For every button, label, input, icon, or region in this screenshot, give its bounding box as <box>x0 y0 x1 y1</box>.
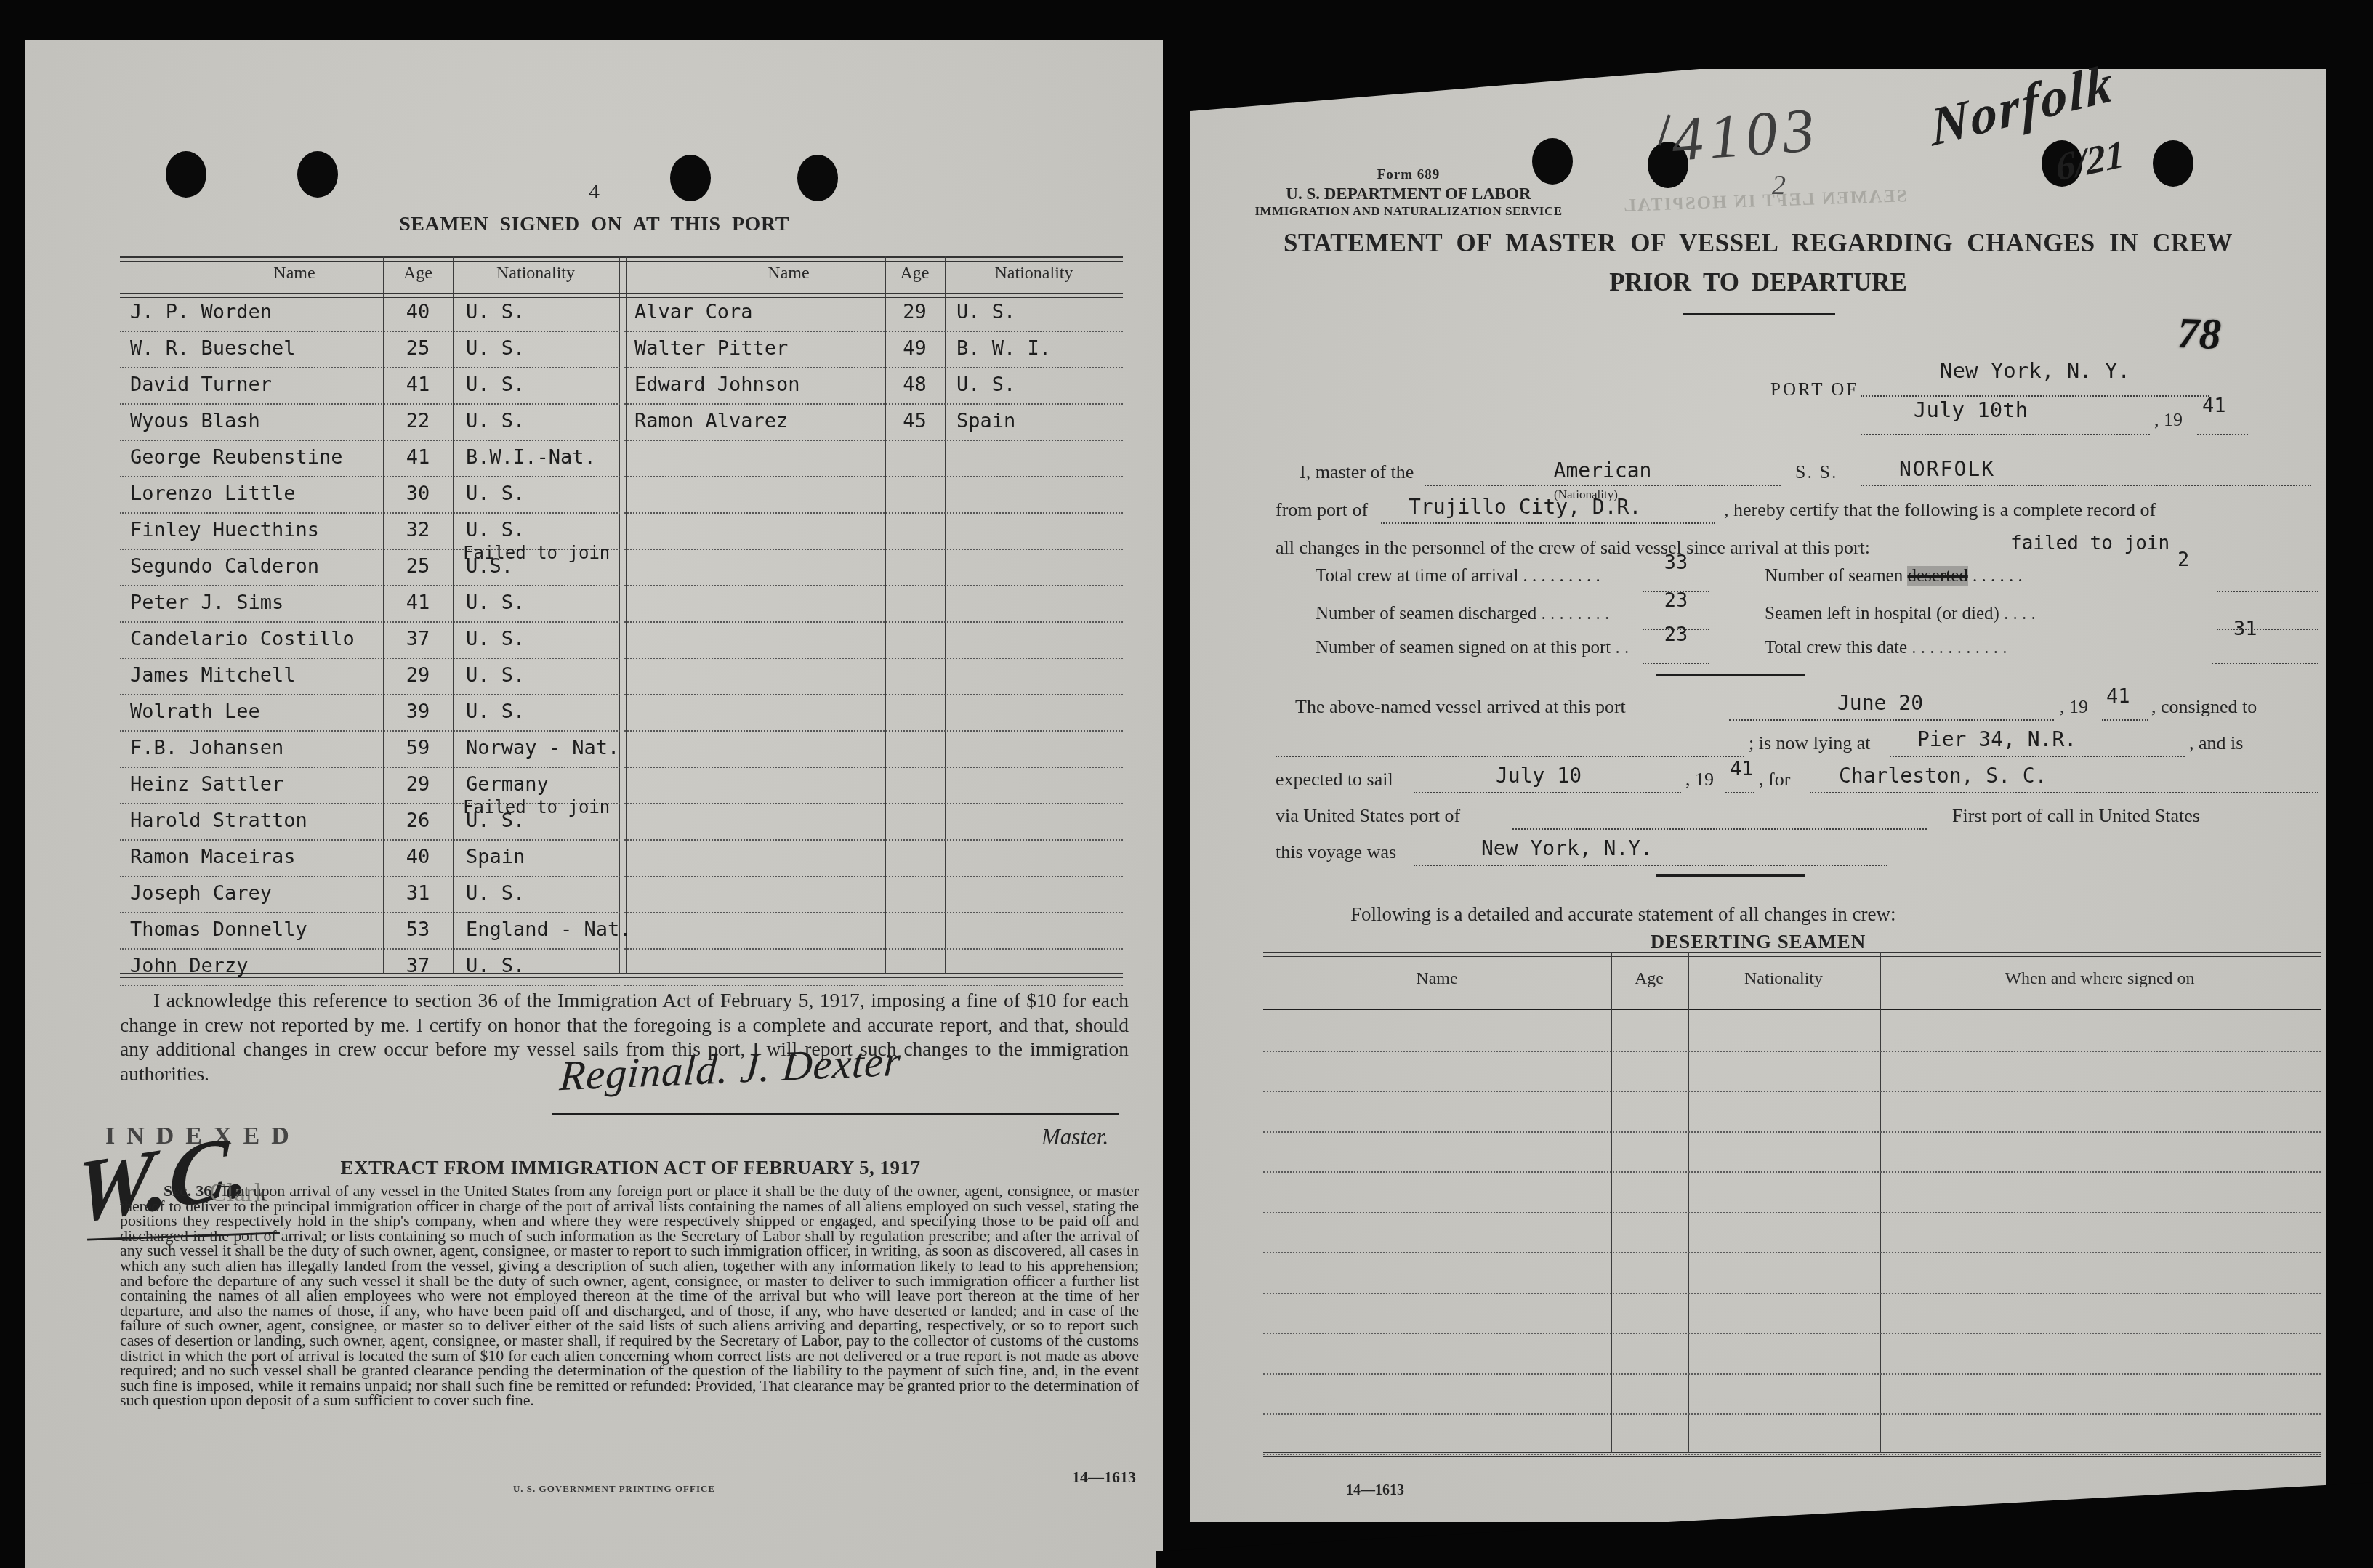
seaman-name: John Derzy <box>130 955 249 977</box>
seaman-nationality: England - Nat. <box>466 918 632 941</box>
seaman-row: Ramon Maceiras40Spain <box>120 841 620 877</box>
seaman-row: Walter Pitter49B. W. I. <box>624 332 1123 368</box>
handwritten-page-note: 78 <box>2177 308 2222 360</box>
pier-value: Pier 34, N.R. <box>1917 727 2076 751</box>
seaman-row: Wolrath Lee39U. S. <box>120 695 620 732</box>
deserting-seamen-table: Name Age Nationality When and where sign… <box>1263 952 2321 1458</box>
seaman-row: Segundo Calderon25U.S.Failed to join <box>120 550 620 586</box>
column-header-nationality: Nationality <box>1744 969 1823 989</box>
desert-empty-row <box>1263 1375 2321 1415</box>
blank-line <box>1414 791 1681 793</box>
blank-line <box>1890 754 2185 757</box>
lying-at-label: ; is now lying at <box>1749 732 1871 754</box>
column-header-age: Age <box>383 264 453 283</box>
seaman-row <box>624 877 1123 913</box>
stat-total-value: 31 <box>2233 618 2257 640</box>
title-underline <box>1683 313 1835 315</box>
stat-arrival-value: 33 <box>1640 551 1712 574</box>
seaman-row: Wyous Blash22U. S. <box>120 405 620 441</box>
blank-line <box>1643 661 1709 664</box>
seaman-age: 29 <box>383 664 453 687</box>
seaman-age: 48 <box>885 373 945 396</box>
blank-line <box>1276 754 1744 757</box>
seaman-nationality: U. S. <box>956 373 1015 396</box>
seaman-row <box>624 732 1123 768</box>
form-code: 14—1613 <box>1346 1482 1404 1499</box>
port-of-value: New York, N. Y. <box>1861 358 2209 383</box>
stat-hospital-label: Seamen left in hospital (or died) . . . … <box>1765 604 2036 624</box>
seaman-row <box>624 477 1123 514</box>
seaman-nationality: U. S. <box>466 664 525 687</box>
punch-hole-icon <box>2153 140 2193 187</box>
blank-line <box>1729 718 2054 721</box>
seaman-age: 41 <box>383 446 453 469</box>
signature-line <box>552 1113 1119 1115</box>
seaman-age: 25 <box>383 555 453 578</box>
arrival-year-prefix: , 19 <box>2060 696 2088 718</box>
seaman-row: Edward Johnson48U. S. <box>624 368 1123 405</box>
destination-value: Charleston, S. C. <box>1839 764 2047 788</box>
seaman-row: David Turner41U. S. <box>120 368 620 405</box>
blank-line <box>1512 827 1927 830</box>
voyage-label: this voyage was <box>1276 841 1396 863</box>
desert-empty-row <box>1263 1253 2321 1294</box>
arrival-line1-suffix: , consigned to <box>2151 696 2257 718</box>
failed-to-join-overlay: failed to join <box>2010 533 2169 554</box>
seaman-name: Finley Huecthins <box>130 519 319 541</box>
seaman-nationality: U. S. <box>956 301 1015 323</box>
seaman-nationality: B. W. I. <box>956 337 1051 360</box>
seaman-nationality: U. S. <box>466 882 525 905</box>
deserting-seamen-title: DESERTING SEAMEN <box>1190 931 2326 953</box>
seaman-row: Ramon Alvarez45Spain <box>624 405 1123 441</box>
blank-line <box>1425 483 1781 486</box>
blank-line <box>2217 589 2318 592</box>
sail-date-value: July 10 <box>1496 764 1582 788</box>
from-port-suffix: , hereby certify that the following is a… <box>1724 499 2156 521</box>
seaman-age: 37 <box>383 628 453 650</box>
seaman-nationality: U. S. <box>466 700 525 723</box>
seaman-age: 41 <box>383 373 453 396</box>
extract-paragraph: Sec. 36. That upon arrival of any vessel… <box>120 1184 1139 1408</box>
blank-line <box>1861 483 2311 486</box>
seaman-age: 29 <box>885 301 945 323</box>
handwritten-date: 6/21 <box>2055 131 2126 190</box>
seaman-note: Failed to join <box>463 797 610 817</box>
seamen-signed-on-table: Name Age Nationality Name Age Nationalit… <box>120 256 1123 977</box>
seaman-note: Failed to join <box>463 543 610 563</box>
seamen-left-rows: J. P. Worden40U. S.W. R. Bueschel25U. S.… <box>120 296 620 986</box>
via-port-label: via United States port of <box>1276 805 1460 827</box>
blank-line <box>2212 661 2318 664</box>
seaman-age: 39 <box>383 700 453 723</box>
seaman-name: Heinz Sattler <box>130 773 283 796</box>
seaman-nationality: U. S. <box>466 955 525 977</box>
seaman-nationality: U. S. <box>466 337 525 360</box>
column-header-name: Name <box>694 264 883 283</box>
desert-empty-row <box>1263 1133 2321 1173</box>
seaman-nationality: U. S. <box>466 301 525 323</box>
seaman-age: 25 <box>383 337 453 360</box>
blank-line <box>1414 863 1887 866</box>
blank-line <box>2217 627 2318 630</box>
table-top-rule <box>1263 952 2321 957</box>
column-header-name: Name <box>207 264 382 283</box>
seaman-age: 59 <box>383 737 453 759</box>
seaman-name: F.B. Johansen <box>130 737 283 759</box>
blank-line <box>1810 791 2318 793</box>
desert-empty-row <box>1263 1294 2321 1335</box>
vessel-nationality: American <box>1425 458 1781 482</box>
seaman-name: Edward Johnson <box>634 373 800 396</box>
seaman-row <box>624 514 1123 550</box>
seaman-nationality: Norway - Nat. <box>466 737 619 759</box>
desert-empty-row <box>1263 1213 2321 1254</box>
seaman-nationality: U. S. <box>466 410 525 432</box>
sail-year-value: 41 <box>1730 758 1754 780</box>
column-header-signed-on: When and where signed on <box>2005 969 2194 989</box>
table-header-rule <box>1263 1009 2321 1010</box>
seaman-nationality: Spain <box>466 846 525 868</box>
following-statement: Following is a detailed and accurate sta… <box>1350 903 1895 926</box>
service-name: IMMIGRATION AND NATURALIZATION SERVICE <box>1234 204 1583 219</box>
seaman-nationality: U.S.Failed to join <box>466 555 513 578</box>
from-port-prefix: from port of <box>1276 499 1368 521</box>
seaman-row <box>624 913 1123 950</box>
seaman-row: J. P. Worden40U. S. <box>120 296 620 332</box>
desert-empty-row <box>1263 1092 2321 1133</box>
page-number: 4 <box>25 179 1163 204</box>
seaman-name: J. P. Worden <box>130 301 272 323</box>
seaman-nationality: U. S. <box>466 591 525 614</box>
seaman-nationality: B.W.I.-Nat. <box>466 446 596 469</box>
seaman-row: Alvar Cora29U. S. <box>624 296 1123 332</box>
desert-empty-row <box>1263 1052 2321 1093</box>
form-number: Form 689 <box>1234 167 1583 183</box>
seaman-row <box>624 441 1123 477</box>
seaman-age: 29 <box>383 773 453 796</box>
seaman-age: 53 <box>383 918 453 941</box>
stat-arrival-label: Total crew at time of arrival . . . . . … <box>1316 566 1600 586</box>
seaman-nationality: Spain <box>956 410 1015 432</box>
seaman-age: 30 <box>383 482 453 505</box>
scanned-document: 4 SEAMEN SIGNED ON AT THIS PORT Name Age… <box>0 0 2373 1568</box>
seaman-name: Wolrath Lee <box>130 700 260 723</box>
column-header-nationality: Nationality <box>945 264 1123 283</box>
seaman-name: Harold Stratton <box>130 809 307 832</box>
stat-discharged-label: Number of seamen discharged . . . . . . … <box>1316 604 1609 624</box>
signature-title: Master. <box>1042 1124 1108 1150</box>
desert-rows <box>1263 1011 2321 1455</box>
seaman-age: 45 <box>885 410 945 432</box>
seaman-age: 40 <box>383 301 453 323</box>
seaman-name: Peter J. Sims <box>130 591 283 614</box>
seaman-name: Ramon Alvarez <box>634 410 788 432</box>
form-code: 14—1613 <box>1072 1468 1136 1487</box>
seaman-name: David Turner <box>130 373 272 396</box>
blank-line <box>1725 791 1754 793</box>
stat-discharged-value: 23 <box>1640 589 1712 612</box>
seaman-name: Thomas Donnelly <box>130 918 307 941</box>
seaman-row: Candelario Costillo37U. S. <box>120 623 620 659</box>
stat-signed-label: Number of seamen signed on at this port … <box>1316 638 1629 658</box>
from-port-value: Trujillo City, D.R. <box>1409 495 1641 519</box>
deserted-struck-word: deserted <box>1907 566 1967 586</box>
seaman-name: James Mitchell <box>130 664 296 687</box>
bleed-through-text: SEAMEN LEFT IN HOSPITAL <box>1608 186 1922 217</box>
ss-label: S. S. <box>1795 461 1837 483</box>
form-title-line1: STATEMENT OF MASTER OF VESSEL REGARDING … <box>1190 229 2326 258</box>
seaman-age: 31 <box>383 882 453 905</box>
vessel-name: NORFOLK <box>1899 457 1995 481</box>
section-rule <box>1656 674 1805 676</box>
sail-year-prefix: , 19 <box>1685 769 1714 791</box>
arrival-date-value: June 20 <box>1837 691 1923 715</box>
seaman-row <box>624 768 1123 804</box>
extract-body-text: That upon arrival of any vessel in the U… <box>120 1181 1139 1409</box>
seaman-nationality: U. S. <box>466 373 525 396</box>
form-title-line2: PRIOR TO DEPARTURE <box>1190 268 2326 297</box>
master-prefix: I, master of the <box>1300 461 1414 483</box>
seaman-row: Lorenzo Little30U. S. <box>120 477 620 514</box>
right-page: 4103 2 Norfolk 6/21 78 Form 689 U. S. DE… <box>1190 69 2326 1522</box>
page-title: SEAMEN SIGNED ON AT THIS PORT <box>25 213 1163 236</box>
sail-for-label: , for <box>1759 769 1790 791</box>
first-port-label: First port of call in United States <box>1952 805 2200 827</box>
seaman-row: Peter J. Sims41U. S. <box>120 586 620 623</box>
seaman-row: Thomas Donnelly53England - Nat. <box>120 913 620 950</box>
blank-line <box>1861 394 2209 397</box>
blank-line <box>2102 718 2148 721</box>
seaman-row <box>624 550 1123 586</box>
seaman-age: 22 <box>383 410 453 432</box>
deserted-prefix: Number of seamen <box>1765 566 1907 586</box>
changes-line: all changes in the personnel of the crew… <box>1276 537 1870 559</box>
seaman-nationality: U. S. <box>466 482 525 505</box>
year-prefix: , 19 <box>2154 409 2183 431</box>
seaman-row: George Reubenstine41B.W.I.-Nat. <box>120 441 620 477</box>
column-header-age: Age <box>885 264 945 283</box>
column-header-age: Age <box>1635 969 1664 989</box>
desert-empty-row <box>1263 1173 2321 1213</box>
seaman-nationality: Germany <box>466 773 549 796</box>
seaman-name: Segundo Calderon <box>130 555 319 578</box>
seaman-nationality: U. S. <box>466 628 525 650</box>
arrival-year-value: 41 <box>2106 685 2130 708</box>
seaman-nationality: U. S.Failed to join <box>466 809 525 832</box>
seaman-row <box>624 586 1123 623</box>
seaman-row: Harold Stratton26U. S.Failed to join <box>120 804 620 841</box>
stat-signed-value: 23 <box>1640 623 1712 646</box>
seaman-name: Walter Pitter <box>634 337 788 360</box>
seaman-nationality: U. S. <box>466 519 525 541</box>
and-is-label: , and is <box>2189 732 2243 754</box>
blank-line <box>1861 432 2150 435</box>
left-page: 4 SEAMEN SIGNED ON AT THIS PORT Name Age… <box>25 40 1163 1568</box>
seaman-name: Ramon Maceiras <box>130 846 296 868</box>
stat-deserted-value: 2 <box>2177 549 2189 571</box>
seaman-name: W. R. Bueschel <box>130 337 296 360</box>
handwritten-number: 4103 <box>1669 93 1822 176</box>
stat-total-label: Total crew this date . . . . . . . . . .… <box>1765 638 2007 658</box>
seaman-age: 41 <box>383 591 453 614</box>
blank-line <box>2197 432 2248 435</box>
seaman-name: Lorenzo Little <box>130 482 296 505</box>
seaman-row: Joseph Carey31U. S. <box>120 877 620 913</box>
seaman-age: 32 <box>383 519 453 541</box>
seaman-age: 37 <box>383 955 453 977</box>
port-of-label: PORT OF <box>1770 380 1858 400</box>
seaman-row <box>624 950 1123 986</box>
column-header-name: Name <box>1416 969 1457 989</box>
seaman-row <box>624 804 1123 841</box>
seaman-row: James Mitchell29U. S. <box>120 659 620 695</box>
arrival-line1-prefix: The above-named vessel arrived at this p… <box>1295 696 1626 718</box>
voyage-port-value: New York, N.Y. <box>1481 836 1653 860</box>
extract-title: EXTRACT FROM IMMIGRATION ACT OF FEBRUARY… <box>98 1157 1163 1179</box>
printing-office-footer: U. S. GOVERNMENT PRINTING OFFICE <box>432 1483 796 1495</box>
blank-line <box>1381 521 1715 524</box>
desert-empty-row <box>1263 1415 2321 1455</box>
seaman-age: 40 <box>383 846 453 868</box>
seaman-row: John Derzy37U. S. <box>120 950 620 986</box>
seaman-row: F.B. Johansen59Norway - Nat. <box>120 732 620 768</box>
seaman-row <box>624 695 1123 732</box>
seaman-age: 26 <box>383 809 453 832</box>
seamen-right-rows: Alvar Cora29U. S.Walter Pitter49B. W. I.… <box>624 296 1123 986</box>
seaman-name: Alvar Cora <box>634 301 753 323</box>
date-value: July 10th <box>1914 397 2028 422</box>
seaman-age: 49 <box>885 337 945 360</box>
seaman-row: W. R. Bueschel25U. S. <box>120 332 620 368</box>
column-header-nationality: Nationality <box>453 264 619 283</box>
year-value: 41 <box>2202 395 2226 417</box>
deserted-dots: . . . . . . <box>1968 566 2023 586</box>
seaman-name: Joseph Carey <box>130 882 272 905</box>
desert-empty-row <box>1263 1334 2321 1375</box>
department-name: U. S. DEPARTMENT OF LABOR <box>1234 185 1583 203</box>
expected-sail-label: expected to sail <box>1276 769 1393 791</box>
seaman-row <box>624 841 1123 877</box>
seaman-row <box>624 623 1123 659</box>
seaman-name: Wyous Blash <box>130 410 260 432</box>
stat-deserted-label: Number of seamen deserted . . . . . . <box>1765 566 2023 586</box>
seaman-name: George Reubenstine <box>130 446 343 469</box>
seaman-row <box>624 659 1123 695</box>
section-rule <box>1656 874 1805 877</box>
seaman-name: Candelario Costillo <box>130 628 355 650</box>
desert-empty-row <box>1263 1011 2321 1052</box>
